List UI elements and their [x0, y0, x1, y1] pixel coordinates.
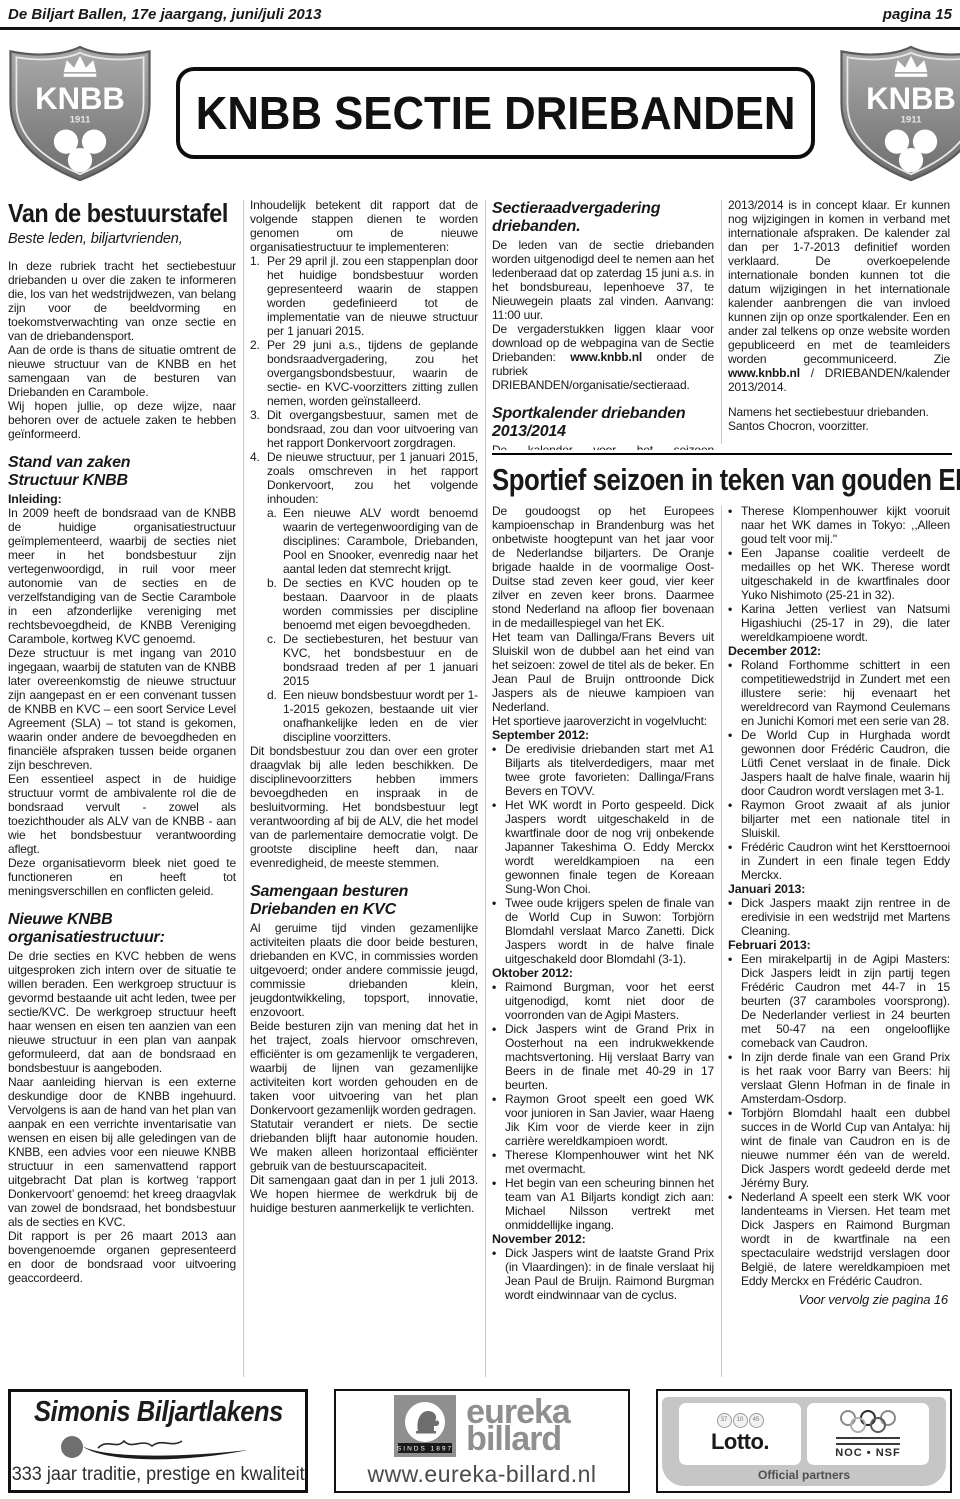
column-3-bottom: De goudoogst op het Europees kampioensch…: [492, 504, 714, 1383]
list-text: Per 29 april jl. zou een stappenplan doo…: [267, 254, 478, 338]
paragraph: In 2009 heeft de bondsraad van de KNBB d…: [8, 506, 236, 646]
publication-title: De Biljart Ballen, 17e jaargang, juni/ju…: [8, 6, 321, 23]
list-text: Het WK wordt in Porto gespeeld. Dick Jas…: [505, 798, 714, 896]
list-marker: •: [492, 1176, 505, 1232]
list-text: Dick Jaspers maakt zijn rentree in de er…: [741, 896, 950, 938]
lotto-ball: 10: [733, 1413, 748, 1428]
column-4-top: 2013/2014 is in concept klaar. Er kunnen…: [728, 198, 950, 450]
section-subhead: Nieuwe KNBB organisatiestructuur:: [8, 911, 236, 946]
noc-divider-lines: [836, 1437, 900, 1445]
inline-bold-text: www.knbb.nl: [728, 366, 800, 380]
list-marker: 1.: [250, 254, 267, 338]
column-rule: [721, 506, 722, 1377]
list-text: Per 29 juni a.s., tijdens de geplande bo…: [267, 338, 478, 408]
list-item: •Raymon Groot speelt een goed WK voor ju…: [492, 1092, 714, 1148]
list-text: Nederland A speelt een sterk WK voor lan…: [741, 1190, 950, 1288]
spacer: [8, 441, 236, 452]
spacer: [250, 870, 478, 881]
text-run: 2013/2014 is in concept klaar. Er kunnen…: [728, 198, 950, 366]
list-marker: •: [728, 1050, 741, 1106]
paragraph: De goudoogst op het Europees kampioensch…: [492, 504, 714, 630]
text-line: Namens het sectiebestuur driebanden.: [728, 405, 950, 419]
list-text: Raymon Groot speelt een goed WK voor jun…: [505, 1092, 714, 1148]
list-text: Twee oude krijgers spelen de finale van …: [505, 896, 714, 966]
continuation-note: Voor vervolg zie pagina 16: [728, 1293, 950, 1307]
paragraph: Het team van Dallinga/Frans Bevers uit S…: [492, 630, 714, 714]
paragraph: Een essentieel aspect in de huidige stru…: [8, 772, 236, 856]
list-item: •Karina Jetten verliest van Natsumi Higa…: [728, 602, 950, 644]
list-marker: •: [492, 742, 505, 798]
list-item: •Het WK wordt in Porto gespeeld. Dick Ja…: [492, 798, 714, 896]
paragraph: Naar aanleiding hiervan is een externe d…: [8, 1075, 236, 1229]
column-3-top: Sectieraadvergadering driebanden.De lede…: [492, 198, 714, 450]
list-text: Therese Klompenhouwer wint het NK met ov…: [505, 1148, 714, 1176]
section-title: KNBB SECTIE DRIEBANDEN: [196, 86, 796, 140]
paragraph: Inhoudelijk betekent dit rapport dat de …: [250, 198, 478, 254]
column-rule: [485, 200, 486, 1377]
list-marker: •: [492, 896, 505, 966]
lotto-ball: 37: [717, 1413, 732, 1428]
list-text: De secties en KVC houden op te bestaan. …: [283, 576, 478, 632]
list-item: •Roland Forthomme schittert in een compe…: [728, 658, 950, 728]
list-text: Dick Jaspers wint de Grand Prix in Ooste…: [505, 1022, 714, 1092]
paragraph: Deze organisatievorm bleek niet goed te …: [8, 856, 236, 898]
list-marker: •: [728, 658, 741, 728]
column-1: Van de bestuurstafelBeste leden, biljart…: [8, 198, 236, 1383]
partners-banner: 37 10 45 Lotto.: [662, 1397, 946, 1486]
list-item: •De eredivisie driebanden start met A1 B…: [492, 742, 714, 798]
list-item: c.De sectiebesturen, het bestuur van KVC…: [267, 632, 478, 688]
section-subhead: Sectieraadvergadering driebanden.: [492, 200, 714, 235]
list-marker: b.: [267, 576, 283, 632]
knbb-shield-icon: [6, 44, 154, 183]
simonis-ad: Simonis Biljartlakens 333 jaar traditie,…: [8, 1389, 308, 1493]
list-marker: c.: [267, 632, 283, 688]
list-text: Het begin van een scheuring binnen het t…: [505, 1176, 714, 1232]
list-marker: •: [728, 602, 741, 644]
list-text: De nieuwe structuur, per 1 januari 2015,…: [267, 450, 478, 506]
right-page-half: Sectieraadvergadering driebanden.De lede…: [492, 198, 952, 1383]
eureka-elephant-logo-icon: SINDS 1897: [394, 1395, 456, 1457]
noc-nsf-panel: NOC • NSF: [807, 1403, 929, 1465]
list-text: Raimond Burgman, voor het eerst uitgenod…: [505, 980, 714, 1022]
paragraph: Dit bondsbestuur zou dan over een groter…: [250, 744, 478, 870]
list-item: •In zijn derde finale van een Grand Prix…: [728, 1050, 950, 1106]
list-item: 3.Dit overgangsbestuur, samen met de bon…: [250, 408, 478, 450]
eureka-ad: SINDS 1897 eureka billard www.eureka-bil…: [334, 1389, 630, 1493]
list-text: De eredivisie driebanden start met A1 Bi…: [505, 742, 714, 798]
right-top-articles: Sectieraadvergadering driebanden.De lede…: [492, 198, 952, 450]
list-marker: •: [728, 952, 741, 1050]
list-text: Een nieuw bondsbestuur wordt per 1-1-201…: [283, 688, 478, 744]
partners-caption: Official partners: [670, 1468, 938, 1482]
list-marker: a.: [267, 506, 283, 576]
list-marker: •: [728, 1106, 741, 1190]
section-subhead: Sportkalender driebanden 2013/2014: [492, 405, 714, 440]
column-rule: [721, 200, 722, 444]
bold-label: Januari 2013:: [728, 882, 950, 896]
list-item: 4.De nieuwe structuur, per 1 januari 201…: [250, 450, 478, 506]
lotto-ball: 45: [749, 1413, 764, 1428]
list-text: Torbjörn Blomdahl haalt een dubbel succe…: [741, 1106, 950, 1190]
bold-label: Inleiding:: [8, 492, 236, 506]
section-subhead: Stand van zaken Structuur KNBB: [8, 454, 236, 489]
list-item: •Twee oude krijgers spelen de finale van…: [492, 896, 714, 966]
lotto-panel: 37 10 45 Lotto.: [679, 1403, 801, 1465]
article-title: Van de bestuurstafel: [8, 198, 213, 228]
bold-label: Februari 2013:: [728, 938, 950, 952]
list-marker: •: [728, 728, 741, 798]
list-marker: •: [728, 1190, 741, 1288]
list-marker: •: [728, 896, 741, 938]
paragraph: In deze rubriek tracht het sectiebestuur…: [8, 259, 236, 343]
lotto-balls-icon: 37 10 45: [717, 1413, 764, 1428]
list-item: •Dick Jaspers wint de laatste Grand Prix…: [492, 1246, 714, 1302]
paragraph: Deze structuur is met ingang van 2010 in…: [8, 646, 236, 772]
list-item: •Een Japanse coalitie verdeelt de medail…: [728, 546, 950, 602]
spacer: [8, 898, 236, 909]
bold-label: November 2012:: [492, 1232, 714, 1246]
lotto-logo-text: Lotto.: [711, 1429, 769, 1455]
paragraph: De kalender voor het seizoen: [492, 443, 714, 450]
bold-label: Oktober 2012:: [492, 966, 714, 980]
paragraph: Statutair verandert er niets. De sectie …: [250, 1117, 478, 1173]
spacer: [8, 248, 236, 259]
column-rule: [243, 200, 244, 1377]
eureka-brand-name: eureka billard: [466, 1399, 570, 1453]
list-marker: •: [728, 798, 741, 840]
official-partners-ad: 37 10 45 Lotto.: [656, 1389, 952, 1493]
eureka-since-label: SINDS 1897: [397, 1446, 453, 1453]
season-review-headline: Sportief seizoen in teken van gouden EK: [492, 462, 874, 498]
list-marker: •: [728, 504, 741, 546]
column-4-bottom: •Therese Klompenhouwer kijkt vooruit naa…: [728, 504, 950, 1383]
list-item: •Therese Klompenhouwer wint het NK met o…: [492, 1148, 714, 1176]
list-text: Een nieuwe ALV wordt benoemd waarin de v…: [283, 506, 478, 576]
list-marker: •: [492, 980, 505, 1022]
section-title-box: KNBB SECTIE DRIEBANDEN: [176, 67, 815, 159]
list-item: a.Een nieuwe ALV wordt benoemd waarin de…: [267, 506, 478, 576]
paragraph: Dit rapport is per 26 maart 2013 aan bov…: [8, 1229, 236, 1285]
simonis-ad-tagline: 333 jaar traditie, prestige en kwaliteit: [12, 1464, 305, 1486]
list-marker: •: [492, 1022, 505, 1092]
list-item: •Het begin van een scheuring binnen het …: [492, 1176, 714, 1232]
noc-nsf-logo-text: NOC • NSF: [835, 1447, 900, 1459]
list-marker: •: [728, 546, 741, 602]
list-item: •Een mirakelpartij in de Agipi Masters: …: [728, 952, 950, 1050]
paragraph: Aan de orde is thans de situatie omtrent…: [8, 343, 236, 399]
paragraph: Het sportieve jaaroverzicht in vogelvluc…: [492, 714, 714, 728]
list-marker: •: [728, 840, 741, 882]
list-item: •Raymon Groot zwaait af als junior bilja…: [728, 798, 950, 840]
section-banner: KNBB SECTIE DRIEBANDEN: [0, 30, 960, 194]
list-item: d.Een nieuw bondsbestuur wordt per 1-1-2…: [267, 688, 478, 744]
list-item: •Raimond Burgman, voor het eerst uitgeno…: [492, 980, 714, 1022]
olympic-rings-icon: [836, 1409, 900, 1435]
list-marker: •: [492, 1092, 505, 1148]
simonis-logo-icon: [58, 1432, 258, 1462]
list-marker: •: [492, 1148, 505, 1176]
list-item: •De World Cup in Hurghada wordt gewonnen…: [728, 728, 950, 798]
page-number: pagina 15: [883, 6, 952, 23]
list-text: In zijn derde finale van een Grand Prix …: [741, 1050, 950, 1106]
list-marker: •: [492, 1246, 505, 1302]
list-text: Therese Klompenhouwer kijkt vooruit naar…: [741, 504, 950, 546]
list-text: De World Cup in Hurghada wordt gewonnen …: [741, 728, 950, 798]
list-item: b.De secties en KVC houden op te bestaan…: [267, 576, 478, 632]
list-item: •Dick Jaspers maakt zijn rentree in de e…: [728, 896, 950, 938]
list-text: Dick Jaspers wint de laatste Grand Prix …: [505, 1246, 714, 1302]
list-text: Raymon Groot zwaait af als junior biljar…: [741, 798, 950, 840]
list-text: Een Japanse coalitie verdeelt de medaill…: [741, 546, 950, 602]
advertisement-row: Simonis Biljartlakens 333 jaar traditie,…: [0, 1383, 960, 1493]
article-columns: Van de bestuurstafelBeste leden, biljart…: [0, 194, 960, 1383]
list-item: •Therese Klompenhouwer kijkt vooruit naa…: [728, 504, 950, 546]
list-marker: •: [492, 798, 505, 896]
list-text: De sectiebesturen, het bestuur van KVC, …: [283, 632, 478, 688]
list-item: 2.Per 29 juni a.s., tijdens de geplande …: [250, 338, 478, 408]
list-marker: 3.: [250, 408, 267, 450]
text-line: Santos Chocron, voorzitter.: [728, 419, 950, 433]
list-text: Roland Forthomme schittert in een compet…: [741, 658, 950, 728]
paragraph: De drie secties en KVC hebben de wens ui…: [8, 949, 236, 1075]
section-subhead: Samengaan besturen Driebanden en KVC: [250, 883, 478, 918]
paragraph: Al geruime tijd vinden gezamenlijke acti…: [250, 921, 478, 1019]
list-item: •Dick Jaspers wint de Grand Prix in Oost…: [492, 1022, 714, 1092]
column-2: Inhoudelijk betekent dit rapport dat de …: [250, 198, 478, 1383]
list-item: 1.Per 29 april jl. zou een stappenplan d…: [250, 254, 478, 338]
paragraph: Dit samengaan gaat dan in per 1 juli 201…: [250, 1173, 478, 1215]
inline-bold-text: www.knbb.nl: [570, 350, 642, 364]
list-marker: d.: [267, 688, 283, 744]
simonis-ad-title: Simonis Biljartlakens: [34, 1396, 283, 1429]
season-review-columns: De goudoogst op het Europees kampioensch…: [492, 504, 952, 1383]
list-text: Frédéric Caudron wint het Kersttoernooi …: [741, 840, 950, 882]
salutation: Beste leden, biljartvrienden,: [8, 232, 236, 246]
eureka-website-url: www.eureka-billard.nl: [367, 1461, 596, 1488]
list-text: Karina Jetten verliest van Natsumi Higas…: [741, 602, 950, 644]
list-item: •Torbjörn Blomdahl haalt een dubbel succ…: [728, 1106, 950, 1190]
list-text: Dit overgangsbestuur, samen met de bonds…: [267, 408, 478, 450]
paragraph: 2013/2014 is in concept klaar. Er kunnen…: [728, 198, 950, 394]
spacer: [492, 392, 714, 403]
paragraph: De leden van de sectie driebanden worden…: [492, 238, 714, 322]
spacer: [728, 394, 950, 405]
bold-label: December 2012:: [728, 644, 950, 658]
list-item: •Frédéric Caudron wint het Kersttoernooi…: [728, 840, 950, 882]
list-marker: 4.: [250, 450, 267, 506]
paragraph: Beide besturen zijn van mening dat het i…: [250, 1019, 478, 1117]
newspaper-page: De Biljart Ballen, 17e jaargang, juni/ju…: [0, 0, 960, 1499]
list-item: •Nederland A speelt een sterk WK voor la…: [728, 1190, 950, 1288]
list-marker: 2.: [250, 338, 267, 408]
page-header: De Biljart Ballen, 17e jaargang, juni/ju…: [0, 0, 960, 30]
knbb-shield-icon: [837, 44, 960, 183]
bold-label: September 2012:: [492, 728, 714, 742]
list-text: Een mirakelpartij in de Agipi Masters: D…: [741, 952, 950, 1050]
paragraph: Wij hopen jullie, op deze wijze, naar be…: [8, 399, 236, 441]
article-divider-rule: [492, 453, 952, 455]
paragraph: De vergaderstukken liggen klaar voor dow…: [492, 322, 714, 392]
eureka-brand-line2: billard: [466, 1420, 561, 1458]
